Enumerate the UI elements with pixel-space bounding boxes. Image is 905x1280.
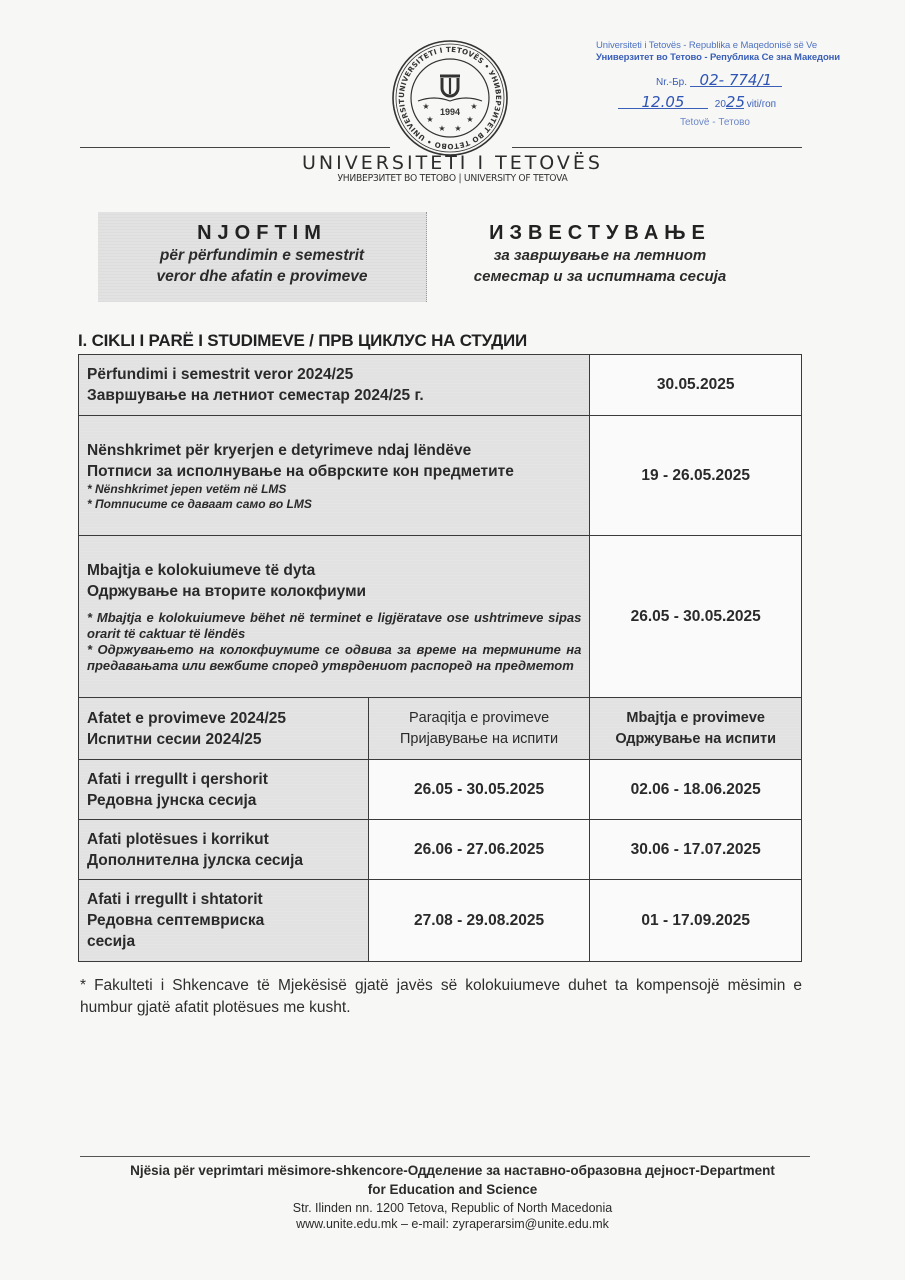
exam-header-holding: Mbajtja e provimeve Одржување на испити	[590, 698, 802, 760]
colloquia-date: 26.05 - 30.05.2025	[590, 536, 802, 698]
table-row-exam-header: Afatet e provimeve 2024/25 Испитни сесии…	[79, 698, 802, 760]
signatures-date: 19 - 26.05.2025	[590, 416, 802, 536]
notice-title-sq-box: NJOFTIM për përfundimin e semestrit vero…	[98, 212, 427, 302]
svg-text:★: ★	[426, 115, 433, 124]
table-row-exam-session: Afati plotësues i korrikut Дополнителна …	[79, 820, 802, 880]
section-heading: I. CIKLI I PARË I STUDIMEVE / ПРВ ЦИКЛУС…	[78, 331, 527, 351]
exam-header-registration-mk: Пријавување на испити	[377, 729, 582, 750]
table-row-exam-session: Afati i rregullt i shtatorit Редовна сеп…	[79, 880, 802, 962]
stamp-place: Tetovë - Тетово	[680, 117, 750, 129]
schedule-table: Përfundimi i semestrit veror 2024/25 Зав…	[78, 354, 802, 962]
stamp-year-suffix: viti/гоп	[747, 99, 776, 110]
exam-header-holding-sq: Mbajtja e provimeve	[598, 708, 793, 729]
stamp-date-row: 12.05 2025 viti/гоп	[618, 96, 776, 111]
notice-title-sq: NJOFTIM	[98, 222, 426, 245]
svg-text:★: ★	[454, 124, 461, 133]
header-rule-right	[512, 147, 802, 148]
svg-text:1994: 1994	[440, 107, 460, 117]
colloquia-note-sq: * Mbajtja e kolokuiumeve bëhet në termin…	[87, 610, 581, 642]
stamp-date-value: 12.05	[618, 96, 708, 109]
exam-header-sessions: Afatet e provimeve 2024/25 Испитни сесии…	[79, 698, 369, 760]
exam-session-name-mk: Редовна септемвриска сесија	[87, 910, 297, 952]
svg-text:★: ★	[438, 124, 445, 133]
notice-title-mk: ИЗВЕСТУВАЊЕ	[430, 222, 770, 245]
colloquia-label-sq: Mbajtja e kolokuiumeve të dyta	[87, 560, 581, 581]
stamp-nr-value: 02- 774/1	[690, 74, 782, 87]
footer-address: Str. Ilinden nn. 1200 Tetova, Republic o…	[70, 1200, 835, 1216]
stamp-line-sq: Universiteti i Tetovës - Republika e Maq…	[596, 40, 836, 52]
stamp-line-mk: Универзитет во Тетово - Република Се зна…	[596, 52, 836, 64]
university-name: UNIVERSITETI I TETOVËS	[0, 152, 905, 174]
stamp-number-row: Nr.-Бр. 02- 774/1	[656, 74, 782, 89]
signatures-note-sq: * Nënshkrimet jepen vetëm në LMS	[87, 482, 581, 497]
notice-sub-mk-2: семестар и за испитната сесија	[430, 266, 770, 287]
exam-header-registration: Paraqitja e provimeve Пријавување на исп…	[368, 698, 590, 760]
exam-session-registration: 26.05 - 30.05.2025	[368, 760, 590, 820]
exam-session-holding: 01 - 17.09.2025	[590, 880, 802, 962]
svg-text:★: ★	[470, 102, 477, 111]
exam-session-registration: 26.06 - 27.06.2025	[368, 820, 590, 880]
university-subtitle: УНИВЕРЗИТЕТ ВО ТЕТОВО | UNIVERSITY OF TE…	[36, 173, 869, 184]
exam-session-name: Afati plotësues i korrikut Дополнителна …	[79, 820, 369, 880]
footnote: * Fakulteti i Shkencave të Mjekësisë gja…	[80, 975, 802, 1019]
exam-session-name: Afati i rregullt i qershorit Редовна јун…	[79, 760, 369, 820]
table-row-colloquia: Mbajtja e kolokuiumeve të dyta Одржување…	[79, 536, 802, 698]
footer-department-line1: Njësia për veprimtari mësimore-shkencore…	[70, 1161, 835, 1180]
exam-session-name-mk: Редовна јунска сесија	[87, 790, 360, 811]
semester-end-date: 30.05.2025	[590, 355, 802, 416]
notice-sub-sq-2: veror dhe afatin e provimeve	[98, 266, 426, 287]
exam-header-sessions-sq: Afatet e provimeve 2024/25	[87, 708, 360, 729]
svg-text:★: ★	[422, 102, 429, 111]
table-row-signatures: Nënshkrimet për kryerjen e detyrimeve nd…	[79, 416, 802, 536]
exam-session-holding: 02.06 - 18.06.2025	[590, 760, 802, 820]
exam-session-holding: 30.06 - 17.07.2025	[590, 820, 802, 880]
notice-sub-mk-1: за завршување на летниот	[430, 245, 770, 266]
svg-text:★: ★	[466, 115, 473, 124]
registry-stamp: Universiteti i Tetovës - Republika e Maq…	[596, 40, 836, 64]
colloquia-label: Mbajtja e kolokuiumeve të dyta Одржување…	[79, 536, 590, 698]
colloquia-label-mk: Одржување на вторите колокфиуми	[87, 581, 581, 602]
seal-emblem-icon: UNIVERSITETI I TETOVËS • УНИВЕРЗИТЕТ ВО …	[390, 38, 510, 158]
table-row-exam-session: Afati i rregullt i qershorit Редовна јун…	[79, 760, 802, 820]
exam-session-name-sq: Afati i rregullt i shtatorit	[87, 889, 360, 910]
footer-department-line2: for Education and Science	[70, 1180, 835, 1199]
colloquia-note-mk: * Одржувањето на колокфиумите се одвива …	[87, 642, 581, 674]
exam-header-holding-mk: Одржување на испити	[598, 729, 793, 750]
stamp-year-prefix: 20	[715, 99, 726, 110]
stamp-nr-label: Nr.-Бр.	[656, 77, 687, 88]
footer-contact: www.unite.edu.mk – e-mail: zyraperarsim@…	[70, 1216, 835, 1232]
exam-session-registration: 27.08 - 29.08.2025	[368, 880, 590, 962]
semester-end-label-sq: Përfundimi i semestrit veror 2024/25	[87, 364, 581, 385]
notice-title-mk-box: ИЗВЕСТУВАЊЕ за завршување на летниот сем…	[430, 212, 770, 302]
exam-session-name-mk: Дополнителна јулска сесија	[87, 850, 360, 871]
semester-end-label: Përfundimi i semestrit veror 2024/25 Зав…	[79, 355, 590, 416]
signatures-label-sq: Nënshkrimet për kryerjen e detyrimeve nd…	[87, 440, 581, 461]
semester-end-label-mk: Завршување на летниот семестар 2024/25 г…	[87, 385, 581, 406]
notice-sub-sq-1: për përfundimin e semestrit	[98, 245, 426, 266]
exam-session-name-sq: Afati plotësues i korrikut	[87, 829, 360, 850]
exam-session-name: Afati i rregullt i shtatorit Редовна сеп…	[79, 880, 369, 962]
footer-rule	[80, 1156, 810, 1157]
signatures-label-mk: Потписи за исполнување на обврските кон …	[87, 461, 581, 482]
exam-header-sessions-mk: Испитни сесии 2024/25	[87, 729, 360, 750]
stamp-year-value: 25	[726, 96, 744, 109]
signatures-label: Nënshkrimet për kryerjen e detyrimeve nd…	[79, 416, 590, 536]
signatures-note-mk: * Потписите се даваат само во LMS	[87, 497, 581, 512]
header-rule-left	[80, 147, 390, 148]
table-row-semester-end: Përfundimi i semestrit veror 2024/25 Зав…	[79, 355, 802, 416]
university-seal: UNIVERSITETI I TETOVËS • УНИВЕРЗИТЕТ ВО …	[390, 38, 510, 158]
exam-header-registration-sq: Paraqitja e provimeve	[377, 708, 582, 729]
exam-session-name-sq: Afati i rregullt i qershorit	[87, 769, 360, 790]
